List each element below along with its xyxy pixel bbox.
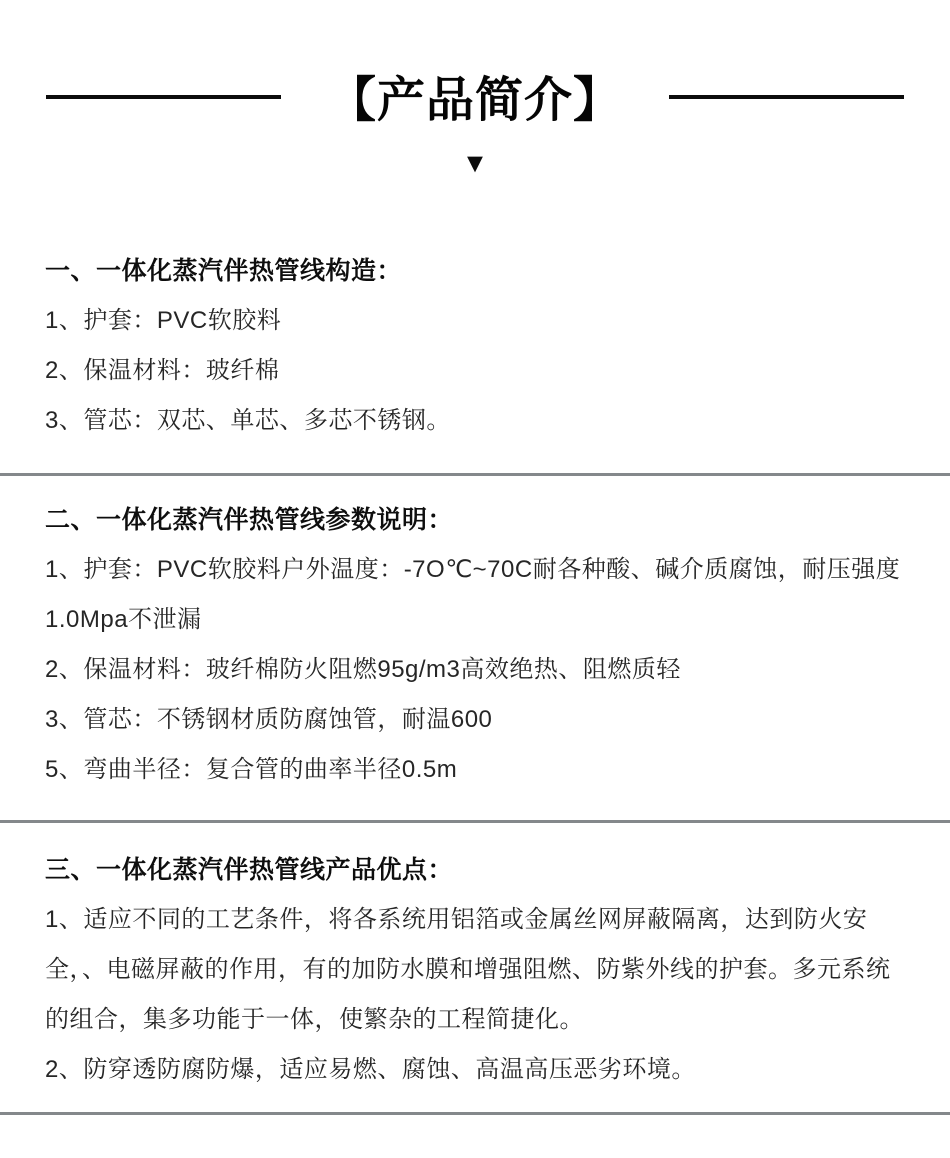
title-banner: 【产品简介】 (0, 70, 950, 132)
product-intro-page: 【产品简介】 ▼ 一、一体化蒸汽伴热管线构造： 1、护套：PVC软胶料 2、保温… (0, 0, 950, 1158)
section-item: 2、保温材料：玻纤棉 (45, 346, 906, 396)
section-heading: 二、一体化蒸汽伴热管线参数说明： (45, 495, 906, 545)
section-parameters: 二、一体化蒸汽伴热管线参数说明： 1、护套：PVC软胶料户外温度：-7O℃~70… (0, 476, 950, 820)
section-item: 2、防穿透防腐防爆，适应易燃、腐蚀、高温高压恶劣环境。 (45, 1045, 906, 1095)
section-item: 5、弯曲半径：复合管的曲率半径0.5m (45, 745, 906, 795)
section-item: 2、保温材料：玻纤棉防火阻燃95g/m3高效绝热、阻燃质轻 (45, 645, 906, 695)
document-body: 一、一体化蒸汽伴热管线构造： 1、护套：PVC软胶料 2、保温材料：玻纤棉 3、… (0, 246, 950, 1115)
section-item: 1、护套：PVC软胶料 (45, 296, 906, 346)
section-divider (0, 1112, 950, 1115)
section-structure: 一、一体化蒸汽伴热管线构造： 1、护套：PVC软胶料 2、保温材料：玻纤棉 3、… (0, 246, 950, 473)
section-item: 1、护套：PVC软胶料户外温度：-7O℃~70C耐各种酸、碱介质腐蚀，耐压强度1… (45, 545, 906, 645)
title-rule-right (669, 95, 904, 99)
down-arrow-icon: ▼ (0, 146, 950, 180)
section-item: 3、管芯：双芯、单芯、多芯不锈钢。 (45, 396, 906, 446)
title-rule-left (46, 95, 281, 99)
section-item: 1、适应不同的工艺条件，将各系统用铝箔或金属丝网屏蔽隔离，达到防火安全，、电磁屏… (45, 895, 906, 1045)
section-item: 3、管芯：不锈钢材质防腐蚀管，耐温600 (45, 695, 906, 745)
section-heading: 一、一体化蒸汽伴热管线构造： (45, 246, 906, 296)
section-heading: 三、一体化蒸汽伴热管线产品优点： (45, 845, 906, 895)
section-advantages: 三、一体化蒸汽伴热管线产品优点： 1、适应不同的工艺条件，将各系统用铝箔或金属丝… (0, 823, 950, 1112)
page-title: 【产品简介】 (328, 70, 622, 132)
